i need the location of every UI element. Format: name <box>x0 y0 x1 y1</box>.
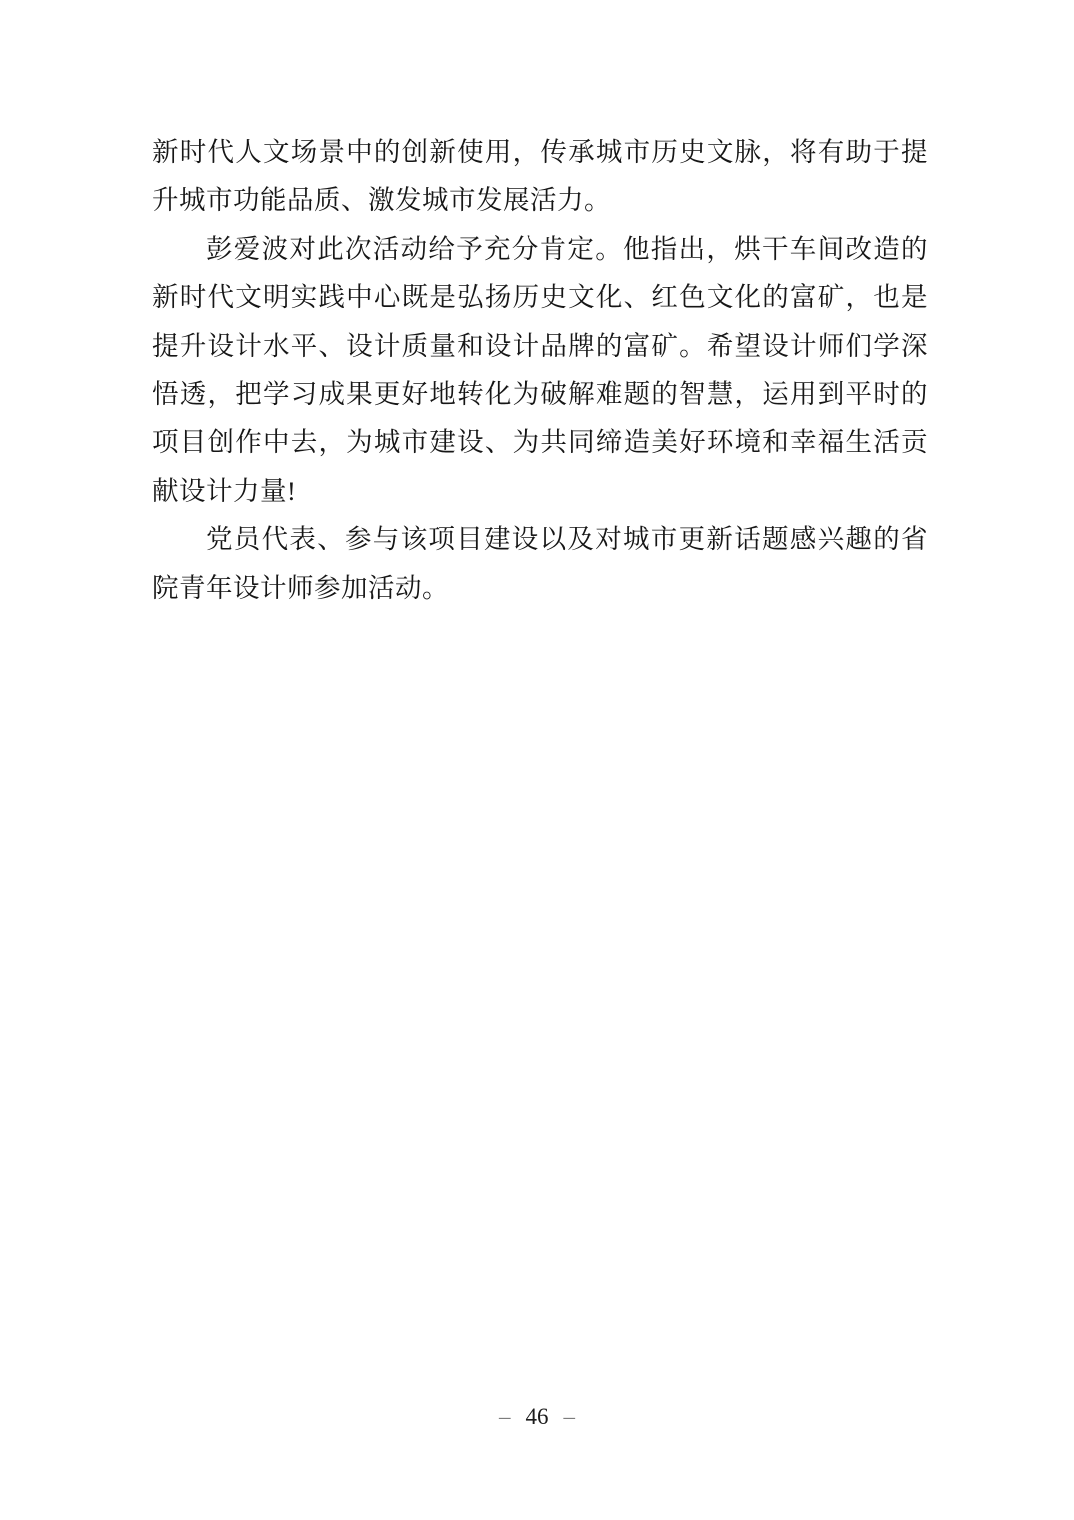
body-line: 新时代文明实践中心既是弘扬历史文化、红色文化的富矿，也是 <box>152 273 928 321</box>
footer-dash-right: – <box>564 1404 576 1429</box>
body-line: 新时代人文场景中的创新使用，传承城市历史文脉，将有助于提 <box>152 128 928 176</box>
body-line: 项目创作中去，为城市建设、为共同缔造美好环境和幸福生活贡 <box>152 418 928 466</box>
page-number: 46 <box>526 1404 549 1429</box>
body-line: 彭爱波对此次活动给予充分肯定。他指出，烘干车间改造的 <box>152 225 928 273</box>
body-line: 悟透，把学习成果更好地转化为破解难题的智慧，运用到平时的 <box>152 370 928 418</box>
body-line: 院青年设计师参加活动。 <box>152 564 928 612</box>
footer-dash-left: – <box>499 1404 511 1429</box>
body-line: 献设计力量! <box>152 467 928 515</box>
document-body: 新时代人文场景中的创新使用，传承城市历史文脉，将有助于提 升城市功能品质、激发城… <box>152 128 928 612</box>
page-footer: –46– <box>0 1400 1074 1434</box>
body-line: 党员代表、参与该项目建设以及对城市更新话题感兴趣的省 <box>152 515 928 563</box>
document-page: 新时代人文场景中的创新使用，传承城市历史文脉，将有助于提 升城市功能品质、激发城… <box>0 0 1074 1520</box>
body-line: 提升设计水平、设计质量和设计品牌的富矿。希望设计师们学深 <box>152 322 928 370</box>
body-line: 升城市功能品质、激发城市发展活力。 <box>152 176 928 224</box>
